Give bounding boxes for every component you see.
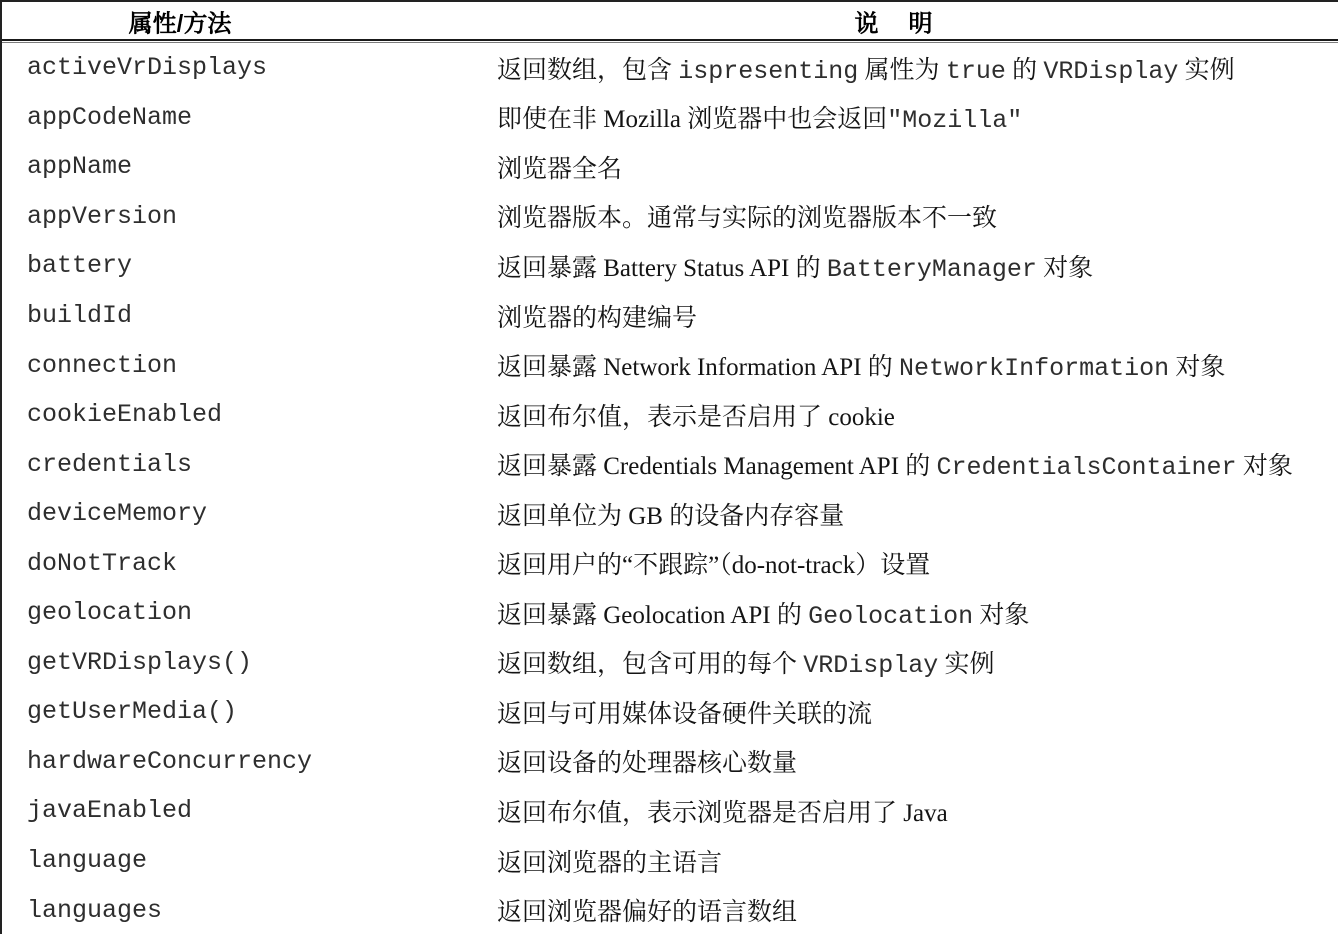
description-text: 的 [1006, 57, 1044, 84]
property-name: credentials [27, 450, 497, 479]
description-text: 实例 [938, 651, 994, 678]
table-header-row: 属性/方法 说 明 [2, 2, 1338, 39]
description-text: 返回数组，包含可用的每个 [497, 651, 803, 678]
property-name: activeVrDisplays [27, 53, 497, 82]
property-description: 返回浏览器偏好的语言数组 [497, 892, 1338, 928]
property-name: deviceMemory [27, 499, 497, 528]
inline-code: Geolocation [808, 602, 973, 631]
inline-code: CredentialsContainer [937, 453, 1237, 482]
property-description: 浏览器版本。通常与实际的浏览器版本不一致 [497, 198, 1338, 234]
property-description: 返回布尔值，表示是否启用了 cookie [497, 397, 1338, 433]
description-text: 对象 [1237, 453, 1293, 480]
inline-code: VRDisplay [1043, 57, 1178, 86]
inline-code: ispresenting [678, 57, 858, 86]
description-text: 返回暴露 Battery Status API 的 [497, 255, 827, 282]
table-row: connection返回暴露 Network Information API 的… [2, 340, 1338, 390]
property-name: buildId [27, 301, 497, 330]
inline-code: true [946, 57, 1006, 86]
description-text: 对象 [1037, 255, 1093, 282]
property-name: appName [27, 152, 497, 181]
inline-code: VRDisplay [803, 651, 938, 680]
table-row: languages返回浏览器偏好的语言数组 [2, 885, 1338, 934]
column-header-description: 说 明 [855, 3, 936, 38]
property-description: 返回数组，包含可用的每个 VRDisplay 实例 [497, 644, 1338, 680]
table-row: javaEnabled返回布尔值，表示浏览器是否启用了 Java [2, 786, 1338, 836]
property-name: appVersion [27, 202, 497, 231]
inline-code: BatteryManager [827, 255, 1037, 284]
description-text: 返回用户的“不跟踪”（do-not-track）设置 [497, 552, 930, 579]
description-text: 浏览器版本。通常与实际的浏览器版本不一致 [497, 205, 997, 232]
property-description: 返回单位为 GB 的设备内存容量 [497, 496, 1338, 532]
description-text: 返回浏览器偏好的语言数组 [497, 899, 797, 926]
table-row: geolocation返回暴露 Geolocation API 的 Geoloc… [2, 588, 1338, 638]
table-row: getVRDisplays()返回数组，包含可用的每个 VRDisplay 实例 [2, 638, 1338, 688]
description-text: 即使在非 Mozilla 浏览器中也会返回 [497, 106, 887, 133]
property-description: 返回暴露 Geolocation API 的 Geolocation 对象 [497, 595, 1338, 631]
table-row: battery返回暴露 Battery Status API 的 Battery… [2, 241, 1338, 291]
description-text: 属性为 [858, 57, 946, 84]
description-text: 返回与可用媒体设备硬件关联的流 [497, 701, 872, 728]
table-row: language返回浏览器的主语言 [2, 836, 1338, 886]
table-body: activeVrDisplays返回数组，包含 ispresenting 属性为… [2, 43, 1338, 934]
property-description: 返回与可用媒体设备硬件关联的流 [497, 694, 1338, 730]
description-text: 返回数组，包含 [497, 57, 678, 84]
description-text: 返回暴露 Credentials Management API 的 [497, 453, 937, 480]
inline-code: NetworkInformation [899, 354, 1169, 383]
description-text: 浏览器的构建编号 [497, 305, 697, 332]
inline-code: "Mozilla" [887, 106, 1022, 135]
property-name: getVRDisplays() [27, 648, 497, 677]
table-row: appVersion浏览器版本。通常与实际的浏览器版本不一致 [2, 192, 1338, 242]
description-text: 返回布尔值，表示浏览器是否启用了 Java [497, 800, 948, 827]
reference-table: 属性/方法 说 明 activeVrDisplays返回数组，包含 ispres… [0, 0, 1338, 934]
property-name: getUserMedia() [27, 697, 497, 726]
description-text: 对象 [1169, 354, 1225, 381]
property-description: 返回用户的“不跟踪”（do-not-track）设置 [497, 545, 1338, 581]
table-row: cookieEnabled返回布尔值，表示是否启用了 cookie [2, 390, 1338, 440]
description-text: 返回布尔值，表示是否启用了 cookie [497, 404, 895, 431]
table-row: activeVrDisplays返回数组，包含 ispresenting 属性为… [2, 43, 1338, 93]
description-text: 对象 [973, 602, 1029, 629]
column-header-property-method: 属性/方法 [129, 3, 232, 38]
property-description: 浏览器的构建编号 [497, 298, 1338, 334]
property-name: javaEnabled [27, 796, 497, 825]
property-description: 即使在非 Mozilla 浏览器中也会返回"Mozilla" [497, 99, 1338, 135]
table-row: hardwareConcurrency返回设备的处理器核心数量 [2, 737, 1338, 787]
property-name: connection [27, 351, 497, 380]
table-row: deviceMemory返回单位为 GB 的设备内存容量 [2, 489, 1338, 539]
description-text: 返回设备的处理器核心数量 [497, 750, 797, 777]
table-row: appCodeName即使在非 Mozilla 浏览器中也会返回"Mozilla… [2, 93, 1338, 143]
table-row: getUserMedia()返回与可用媒体设备硬件关联的流 [2, 687, 1338, 737]
table-row: buildId浏览器的构建编号 [2, 291, 1338, 341]
table-row: doNotTrack返回用户的“不跟踪”（do-not-track）设置 [2, 538, 1338, 588]
property-description: 返回布尔值，表示浏览器是否启用了 Java [497, 793, 1338, 829]
table-row: appName浏览器全名 [2, 142, 1338, 192]
property-name: geolocation [27, 598, 497, 627]
description-text: 返回单位为 GB 的设备内存容量 [497, 503, 844, 530]
property-description: 返回设备的处理器核心数量 [497, 743, 1338, 779]
property-description: 返回暴露 Credentials Management API 的 Creden… [497, 446, 1338, 482]
property-name: doNotTrack [27, 549, 497, 578]
description-text: 返回暴露 Network Information API 的 [497, 354, 899, 381]
property-description: 返回暴露 Battery Status API 的 BatteryManager… [497, 248, 1338, 284]
property-name: appCodeName [27, 103, 497, 132]
property-name: language [27, 846, 497, 875]
property-description: 浏览器全名 [497, 149, 1338, 185]
description-text: 浏览器全名 [497, 156, 622, 183]
property-description: 返回数组，包含 ispresenting 属性为 true 的 VRDispla… [497, 50, 1338, 86]
property-name: languages [27, 896, 497, 925]
description-text: 返回暴露 Geolocation API 的 [497, 602, 808, 629]
property-name: hardwareConcurrency [27, 747, 497, 776]
description-text: 返回浏览器的主语言 [497, 850, 722, 877]
table-row: credentials返回暴露 Credentials Management A… [2, 439, 1338, 489]
property-description: 返回浏览器的主语言 [497, 843, 1338, 879]
property-name: battery [27, 251, 497, 280]
description-text: 实例 [1178, 57, 1234, 84]
property-description: 返回暴露 Network Information API 的 NetworkIn… [497, 347, 1338, 383]
property-name: cookieEnabled [27, 400, 497, 429]
